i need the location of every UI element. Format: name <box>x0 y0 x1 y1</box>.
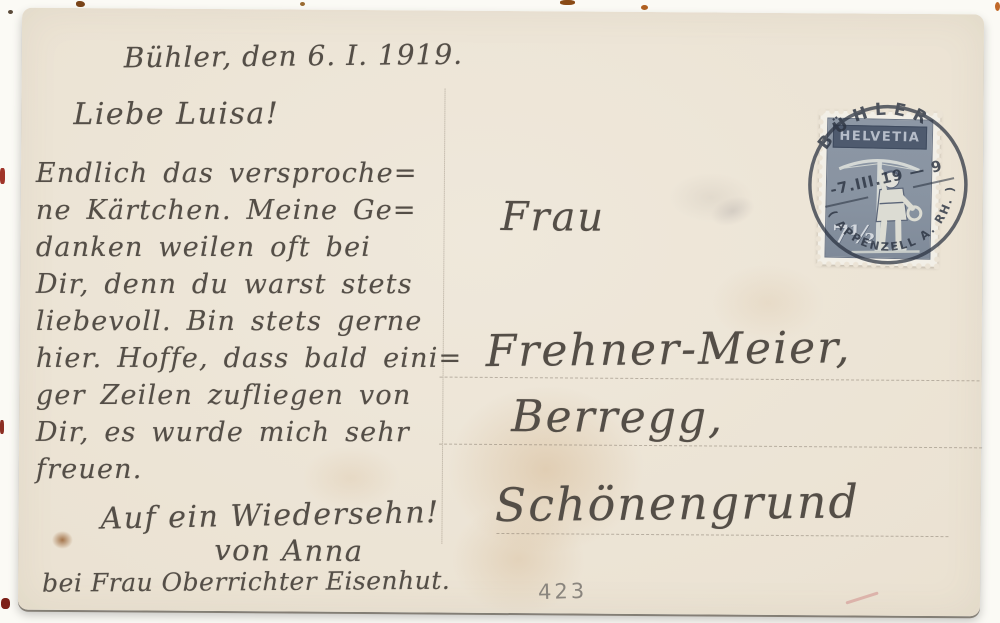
svg-text:BÜHLER: BÜHLER <box>808 87 940 156</box>
postmark-date: -7.III.19 — 9 <box>829 157 945 200</box>
scan-speck <box>995 2 1000 11</box>
handwritten-signature: von Anna <box>214 533 364 568</box>
address-rule-line <box>440 377 980 382</box>
faint-ink-offset-mark <box>697 180 769 243</box>
message-line: danken weilen oft bei <box>36 229 462 266</box>
handwritten-salutation: Liebe Luisa! <box>73 96 279 132</box>
address-recipient-title: Frau <box>501 194 606 241</box>
scan-speck <box>76 1 85 7</box>
postcard-back: Bühler, den 6. I. 1919. Liebe Luisa! End… <box>18 8 984 617</box>
address-rule-line <box>496 533 948 537</box>
address-locality: Berregg, <box>511 391 724 443</box>
message-line: Dir, denn du warst stets <box>36 266 462 303</box>
message-line: Dir, es wurde mich sehr <box>36 414 462 451</box>
message-line: hier. Hoffe, dass bald eini= <box>36 340 462 377</box>
address-town: Schönengrund <box>494 474 860 532</box>
message-line: ger Zeilen zufliegen von <box>36 377 462 414</box>
scan-speck <box>300 2 305 6</box>
scan-speck <box>0 420 4 434</box>
address-recipient-name: Frehner-Meier, <box>485 322 851 377</box>
handwritten-message-body: Endlich das versproche= ne Kärtchen. Mei… <box>36 155 462 488</box>
message-line: freuen. <box>36 451 462 488</box>
scan-speck <box>1 598 10 609</box>
scan-speck <box>560 0 575 5</box>
message-line: ne Kärtchen. Meine Ge= <box>36 192 462 229</box>
handwritten-dateline: Bühler, den 6. I. 1919. <box>124 38 464 75</box>
faint-pink-crayon-mark <box>845 591 878 604</box>
handwritten-closing: Auf ein Wiedersehn! <box>100 495 440 537</box>
postmark-town: BÜHLER <box>808 87 940 156</box>
message-line: Endlich das versproche= <box>36 155 462 192</box>
scan-speck <box>8 10 13 14</box>
pencil-number-note: 423 <box>538 579 588 604</box>
circular-postmark: BÜHLER ( APPENZELL A. RH. ) -7.III.19 — … <box>773 70 1000 299</box>
handwritten-postscript: bei Frau Oberrichter Eisenhut. <box>42 566 450 598</box>
address-rule-line <box>439 444 982 449</box>
scan-speck <box>0 168 5 184</box>
scan-speck <box>641 5 648 10</box>
scanned-postcard-image: { "colors": { "scanner_bg": "#fbfaf5", "… <box>0 0 1000 623</box>
message-line: liebevoll. Bin stets gerne <box>36 303 462 340</box>
